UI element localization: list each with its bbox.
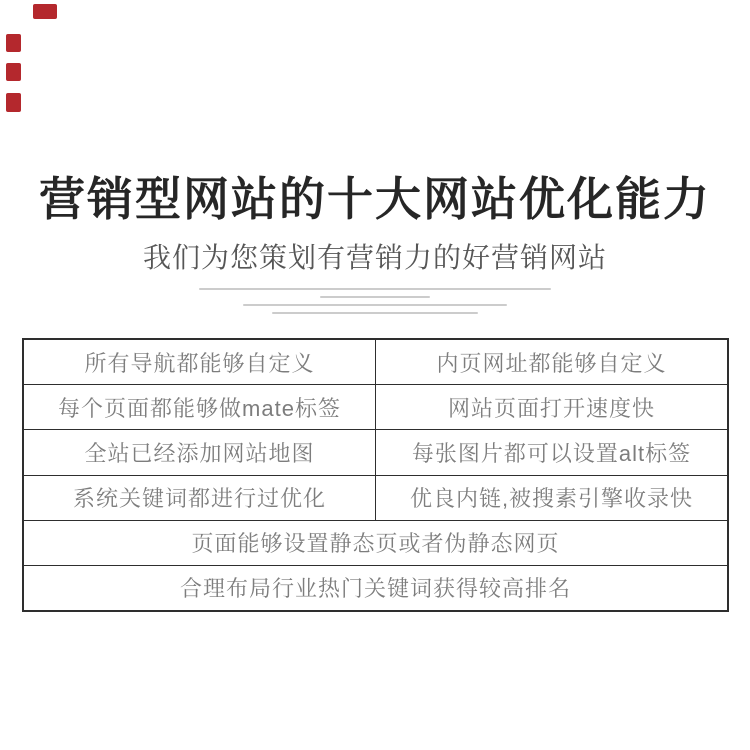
- page-subtitle: 我们为您策划有营销力的好营销网站: [0, 236, 750, 276]
- table-cell: 每个页面都能够做mate标签: [24, 385, 375, 429]
- red-sticker-fragment: [6, 34, 21, 52]
- table-cell: 页面能够设置静态页或者伪静态网页: [24, 521, 727, 565]
- table-row: 所有导航都能够自定义 内页网址都能够自定义: [24, 340, 727, 384]
- table-row: 合理布局行业热门关键词获得较高排名: [24, 565, 727, 610]
- marketing-poster: 营销型网站的十大网站优化能力 我们为您策划有营销力的好营销网站 所有导航都能够自…: [0, 0, 750, 750]
- red-sticker-fragment: [6, 63, 21, 81]
- page-title: 营销型网站的十大网站优化能力: [0, 163, 750, 229]
- seo-features-table: 所有导航都能够自定义 内页网址都能够自定义 每个页面都能够做mate标签 网站页…: [22, 338, 729, 612]
- fine-print-block: [0, 288, 750, 320]
- fine-print-line: [272, 312, 478, 314]
- table-row: 全站已经添加网站地图 每张图片都可以设置alt标签: [24, 429, 727, 474]
- table-row: 每个页面都能够做mate标签 网站页面打开速度快: [24, 384, 727, 429]
- table-row: 页面能够设置静态页或者伪静态网页: [24, 520, 727, 565]
- red-sticker-fragment: [6, 93, 21, 112]
- fine-print-line: [243, 304, 507, 306]
- table-cell: 优良内链,被搜素引擎收录快: [375, 476, 727, 520]
- table-cell: 系统关键词都进行过优化: [24, 476, 375, 520]
- table-cell: 每张图片都可以设置alt标签: [375, 430, 727, 474]
- fine-print-line: [199, 288, 551, 290]
- table-cell: 合理布局行业热门关键词获得较高排名: [24, 566, 727, 610]
- table-cell: 网站页面打开速度快: [375, 385, 727, 429]
- red-sticker-fragment: [33, 4, 57, 19]
- table-cell: 全站已经添加网站地图: [24, 430, 375, 474]
- fine-print-line: [320, 296, 430, 298]
- table-cell: 所有导航都能够自定义: [24, 340, 375, 384]
- table-row: 系统关键词都进行过优化 优良内链,被搜素引擎收录快: [24, 475, 727, 520]
- table-cell: 内页网址都能够自定义: [375, 340, 727, 384]
